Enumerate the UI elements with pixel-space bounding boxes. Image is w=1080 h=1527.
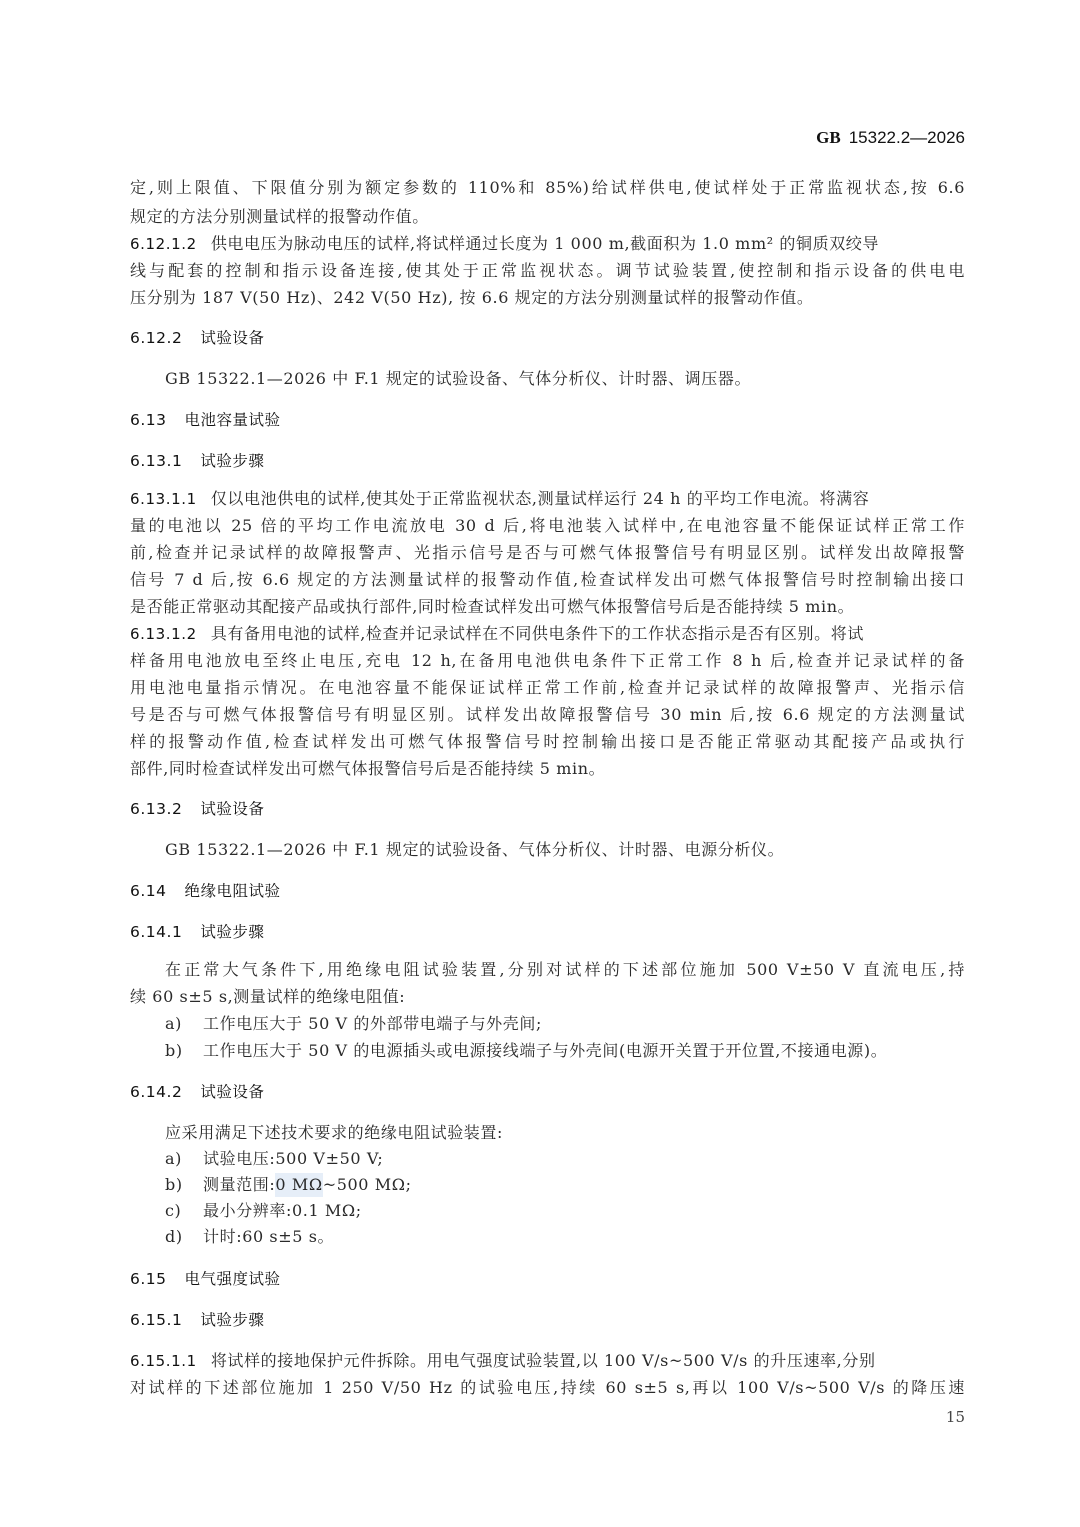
heading-number: 6.14.2 <box>130 1080 182 1104</box>
paragraph-line: 压分别为 187 V(50 Hz)、242 V(50 Hz), 按 6.6 规定… <box>130 286 965 310</box>
list-label: b) <box>165 1173 203 1197</box>
clause-6-13-1-1: 6.13.1.1仅以电池供电的试样,使其处于正常监视状态,测量试样运行 24 h… <box>130 487 965 511</box>
list-text-highlight: 0 MΩ <box>275 1173 322 1197</box>
heading-title: 试验设备 <box>200 1083 264 1101</box>
paragraph-line: 规定的方法分别测量试样的报警动作值。 <box>130 205 965 229</box>
clause-number: 6.13.1.2 <box>130 625 197 643</box>
clause-6-15-1-1: 6.15.1.1将试样的接地保护元件拆除。用电气强度试验装置,以 100 V/s… <box>130 1349 965 1373</box>
paragraph-line: 线与配套的控制和指示设备连接,使其处于正常监视状态。调节试验装置,使控制和指示设… <box>130 259 965 283</box>
heading-title: 电气强度试验 <box>185 1270 281 1288</box>
list-item: c)最小分辨率:0.1 MΩ; <box>165 1199 1000 1223</box>
list-text: 工作电压大于 50 V 的外部带电端子与外壳间; <box>203 1014 542 1033</box>
paragraph-line: 是否能正常驱动其配接产品或执行部件,同时检查试样发出可燃气体报警信号后是否能持续… <box>130 595 965 619</box>
list-label: d) <box>165 1225 203 1249</box>
heading-title: 绝缘电阻试验 <box>185 882 281 900</box>
heading-6-15-1: 6.15.1试验步骤 <box>130 1308 965 1332</box>
heading-title: 试验步骤 <box>200 1311 264 1329</box>
page-number: 15 <box>946 1408 965 1426</box>
heading-6-14: 6.14绝缘电阻试验 <box>130 879 965 903</box>
clause-6-12-1-2: 6.12.1.2供电电压为脉动电压的试样,将试样通过长度为 1 000 m,截面… <box>130 232 965 256</box>
heading-number: 6.14.1 <box>130 920 182 944</box>
list-item: a)试验电压:500 V±50 V; <box>165 1147 1000 1171</box>
heading-title: 试验步骤 <box>200 452 264 470</box>
heading-6-15: 6.15电气强度试验 <box>130 1267 965 1291</box>
paragraph-line: 在正常大气条件下,用绝缘电阻试验装置,分别对试样的下述部位施加 500 V±50… <box>165 958 965 982</box>
list-item: b)工作电压大于 50 V 的电源插头或电源接线端子与外壳间(电源开关置于开位置… <box>165 1039 1000 1063</box>
paragraph-line: 将试样的接地保护元件拆除。用电气强度试验装置,以 100 V/s~500 V/s… <box>211 1351 876 1370</box>
list-text: ~500 MΩ; <box>323 1175 412 1194</box>
heading-6-14-1: 6.14.1试验步骤 <box>130 920 965 944</box>
clause-number: 6.12.1.2 <box>130 235 197 253</box>
paragraph-line: 信号 7 d 后,按 6.6 规定的方法测量试样的报警动作值,检查试样发出可燃气… <box>130 568 965 592</box>
header-prefix: GB <box>816 128 841 147</box>
paragraph-line: 量的电池以 25 倍的平均工作电流放电 30 d 后,将电池装入试样中,在电池容… <box>130 514 965 538</box>
paragraph-line: 供电电压为脉动电压的试样,将试样通过长度为 1 000 m,截面积为 1.0 m… <box>211 234 879 253</box>
clause-6-13-1-2: 6.13.1.2具有备用电池的试样,检查并记录试样在不同供电条件下的工作状态指示… <box>130 622 965 646</box>
list-item: d)计时:60 s±5 s。 <box>165 1225 1000 1249</box>
heading-number: 6.13.1 <box>130 449 182 473</box>
clause-number: 6.15.1.1 <box>130 1352 197 1370</box>
paragraph-line: 具有备用电池的试样,检查并记录试样在不同供电条件下的工作状态指示是否有区别。将试 <box>211 624 864 643</box>
list-label: b) <box>165 1039 203 1063</box>
heading-6-13: 6.13电池容量试验 <box>130 408 965 432</box>
heading-title: 试验设备 <box>200 800 264 818</box>
heading-number: 6.15.1 <box>130 1308 182 1332</box>
paragraph-line: 仅以电池供电的试样,使其处于正常监视状态,测量试样运行 24 h 的平均工作电流… <box>211 489 870 508</box>
paragraph-line: 对试样的下述部位施加 1 250 V/50 Hz 的试验电压,持续 60 s±5… <box>130 1376 965 1400</box>
paragraph-line: 号是否与可燃气体报警信号有明显区别。试样发出故障报警信号 30 min 后,按 … <box>130 703 965 727</box>
heading-6-12-2: 6.12.2试验设备 <box>130 326 965 350</box>
heading-number: 6.13.2 <box>130 797 182 821</box>
heading-number: 6.15 <box>130 1267 167 1291</box>
paragraph-line: 部件,同时检查试样发出可燃气体报警信号后是否能持续 5 min。 <box>130 757 965 781</box>
heading-number: 6.14 <box>130 879 167 903</box>
heading-6-13-1: 6.13.1试验步骤 <box>130 449 965 473</box>
list-text: 测量范围: <box>203 1175 275 1194</box>
list-label: a) <box>165 1012 203 1036</box>
heading-number: 6.12.2 <box>130 326 182 350</box>
heading-6-13-2: 6.13.2试验设备 <box>130 797 965 821</box>
header-number: 15322.2—2026 <box>849 128 965 147</box>
paragraph-line: 续 60 s±5 s,测量试样的绝缘电阻值: <box>130 985 965 1009</box>
clause-number: 6.13.1.1 <box>130 490 197 508</box>
list-item: a)工作电压大于 50 V 的外部带电端子与外壳间; <box>165 1012 1000 1036</box>
paragraph-line: 样备用电池放电至终止电压,充电 12 h,在备用电池供电条件下正常工作 8 h … <box>130 649 965 673</box>
document-page: GB15322.2—2026 定,则上限值、下限值分别为额定参数的 110%和 … <box>0 0 1080 1527</box>
list-text: 计时:60 s±5 s。 <box>203 1227 334 1246</box>
list-text: 试验电压:500 V±50 V; <box>203 1149 383 1168</box>
list-label: c) <box>165 1199 203 1223</box>
list-text: 工作电压大于 50 V 的电源插头或电源接线端子与外壳间(电源开关置于开位置,不… <box>203 1041 887 1060</box>
paragraph-line: 样的报警动作值,检查试样发出可燃气体报警信号时控制输出接口是否能正常驱动其配接产… <box>130 730 965 754</box>
paragraph-line: 应采用满足下述技术要求的绝缘电阻试验装置: <box>165 1121 1000 1145</box>
list-text: 最小分辨率:0.1 MΩ; <box>203 1201 362 1220</box>
paragraph-line: 用电池电量指示情况。在电池容量不能保证试样正常工作前,检查并记录试样的故障报警声… <box>130 676 965 700</box>
standard-header: GB15322.2—2026 <box>816 128 965 148</box>
heading-title: 试验步骤 <box>200 923 264 941</box>
paragraph-line: GB 15322.1—2026 中 F.1 规定的试验设备、气体分析仪、计时器、… <box>165 367 1000 391</box>
heading-number: 6.13 <box>130 408 167 432</box>
list-item: b)测量范围:0 MΩ~500 MΩ; <box>165 1173 1000 1197</box>
paragraph-line: 前,检查并记录试样的故障报警声、光指示信号是否与可燃气体报警信号有明显区别。试样… <box>130 541 965 565</box>
heading-title: 试验设备 <box>200 329 264 347</box>
paragraph-line: 定,则上限值、下限值分别为额定参数的 110%和 85%)给试样供电,使试样处于… <box>130 176 965 200</box>
heading-6-14-2: 6.14.2试验设备 <box>130 1080 965 1104</box>
list-label: a) <box>165 1147 203 1171</box>
heading-title: 电池容量试验 <box>185 411 281 429</box>
paragraph-line: GB 15322.1—2026 中 F.1 规定的试验设备、气体分析仪、计时器、… <box>165 838 1000 862</box>
